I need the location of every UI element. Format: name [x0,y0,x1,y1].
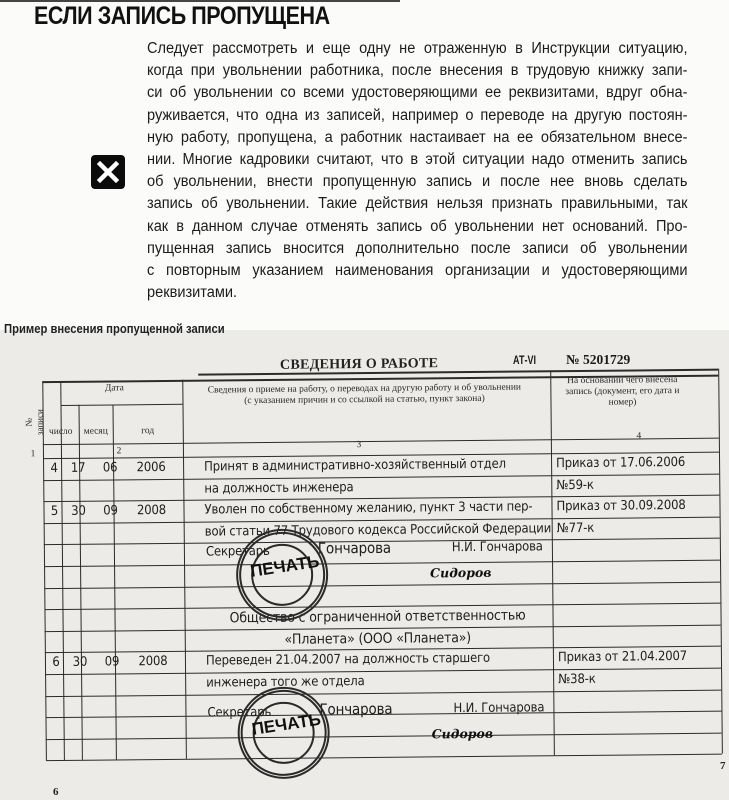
signer-signature-2: Гончарова [319,700,392,719]
cell-basis: Приказ от 30.09.2008 [556,498,685,514]
cell-basis: Приказ от 17.06.2006 [556,455,685,471]
header-year: год [114,426,182,438]
signer-name-1: Н.И. Гончарова [452,539,543,555]
cell-year [127,741,181,742]
col-num-4: 4 [619,431,659,442]
cell-year [125,546,179,547]
cell-info: «Планета» (ООО «Планета») [207,629,549,648]
cell-year [126,676,180,677]
cell-info: Принят в административно-хозяйственный о… [204,457,506,475]
header-basis: На основании чего внесена запись (докуме… [560,375,684,409]
grid-line [46,754,722,762]
cell-no: 5 [48,504,61,519]
grid-line [44,560,720,568]
cell-day: 17 [65,461,92,476]
cell-year: 2006 [124,460,178,476]
header-date: Дата [44,383,184,395]
cell-basis: Приказ от 21.04.2007 [558,649,687,665]
cell-year [125,568,179,569]
cell-basis: №38-к [558,672,596,687]
employee-signature-2: Сидоров [432,726,494,742]
cell-year [124,481,178,482]
col-num-1: 1 [25,449,41,460]
cell-basis: №77-к [557,521,595,536]
cell-year [127,719,181,720]
header-month: месяц [79,426,113,437]
cell-day: 30 [66,655,93,670]
header-info: Сведения о приеме на работу, о переводах… [204,383,524,408]
grid-line [45,689,721,697]
signer-signature-1: Гончарова [318,539,391,558]
cell-year [125,611,179,612]
signer-name-2: Н.И. Гончарова [453,700,544,716]
cell-no: 4 [48,461,61,476]
cell-year [126,633,180,634]
employee-signature-1: Сидоров [430,565,492,581]
cell-year: 2008 [124,503,178,519]
grid-line [46,732,722,740]
cell-no: 6 [50,655,63,670]
cell-month: 09 [97,504,124,519]
cell-info: на должность инженера [204,480,353,496]
cell-year [125,525,179,526]
cell-info: Переведен 21.04.2007 на должность старше… [206,651,490,669]
grid-line [43,438,719,446]
grid-line [198,369,718,375]
page-number-right: 7 [720,760,726,772]
page-number-left: 6 [53,786,59,798]
cell-month: 09 [98,655,125,670]
grid-line [718,369,723,754]
cell-month: 06 [97,460,124,475]
grid-line [550,370,555,755]
cell-year [125,589,179,590]
grid-line [44,581,720,589]
grid-line [182,380,187,759]
work-record-form: № записи Дата число месяц год Сведения о… [0,0,729,800]
cell-year: 2008 [126,654,180,670]
cell-day: 30 [65,504,92,519]
cell-info: Уволен по собственному желанию, пункт 3 … [204,500,532,518]
cell-basis: №59-к [556,477,594,492]
cell-year [126,697,180,698]
col-num-2: 2 [99,446,139,457]
